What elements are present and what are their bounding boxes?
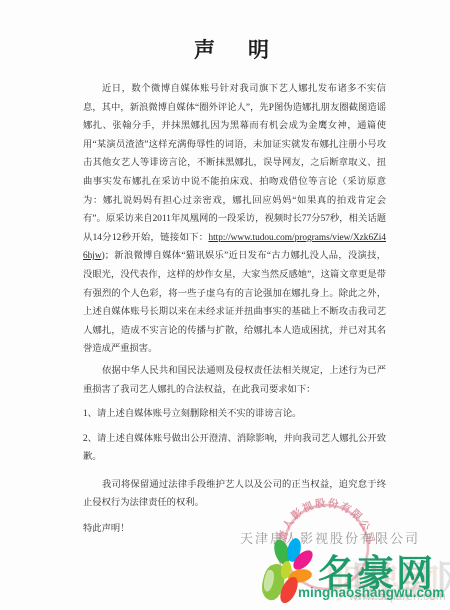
watermark-site-url: minghaoshangwu.com: [298, 585, 444, 600]
statement-document: 声 明 近日，数个微博自媒体账号针对我司旗下艺人娜扎发布诸多不实信息，其中，新浪…: [0, 0, 450, 610]
page-title: 声 明: [83, 34, 386, 64]
paragraph-1-text: 近日，数个微博自媒体账号针对我司旗下艺人娜扎发布诸多不实信息，其中，新浪微博自媒…: [83, 84, 386, 243]
document-body: 声 明 近日，数个微博自媒体账号针对我司旗下艺人娜扎发布诸多不实信息，其中，新浪…: [83, 34, 386, 539]
paragraph-1-text-after: )；新浪微博自媒体“猫讯娱乐”近日发布“古力娜扎没人品，没演技，没眼光，没代表作…: [83, 251, 386, 354]
demand-item-1: 1、请上述自媒体账号立刻删除相关不实的诽谤言论。: [83, 405, 386, 424]
paragraph-1: 近日，数个微博自媒体账号针对我司旗下艺人娜扎发布诸多不实信息，其中，新浪微博自媒…: [83, 80, 386, 359]
paragraph-2: 依据中华人民共和国民法通则及侵权责任法相关规定，上述行为已严重损害了我司艺人娜扎…: [83, 362, 386, 399]
demand-item-2: 2、请上述自媒体账号做出公开澄清、消除影响，并向我司艺人娜扎公开致歉。: [83, 430, 386, 467]
